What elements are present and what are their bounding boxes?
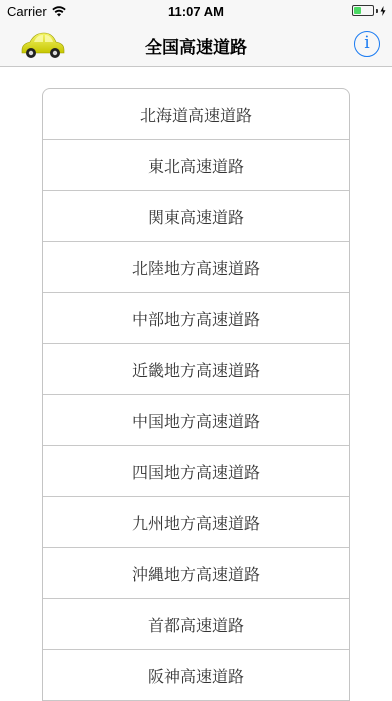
list-item-chubu[interactable]: 中部地方高速道路 [43,293,349,344]
list-item-label: 関東高速道路 [148,205,244,228]
status-time: 11:07 AM [0,4,392,19]
page-title: 全国高速道路 [0,33,392,58]
list-item-shikoku[interactable]: 四国地方高速道路 [43,446,349,497]
battery-icon [352,5,374,16]
list-item-tohoku[interactable]: 東北高速道路 [43,140,349,191]
list-item-label: 中国地方高速道路 [132,409,260,432]
charging-bolt-icon [380,6,386,16]
list-item-label: 首都高速道路 [148,613,244,636]
battery-tip [376,9,378,13]
highway-list: 北海道高速道路 東北高速道路 関東高速道路 北陸地方高速道路 中部地方高速道路 … [42,88,350,696]
list-item-hokkaido[interactable]: 北海道高速道路 [43,89,349,140]
info-icon: i [364,33,369,53]
navigation-bar: 全国高速道路 i [0,22,392,67]
list-item-label: 中部地方高速道路 [132,307,260,330]
list-item-label: 北海道高速道路 [140,103,252,126]
battery-level [354,7,361,14]
list-item-label: 東北高速道路 [148,154,244,177]
list-item-label: 北陸地方高速道路 [132,256,260,279]
list-item-okinawa[interactable]: 沖縄地方高速道路 [43,548,349,599]
list-item-label: 近畿地方高速道路 [132,358,260,381]
list-item-label: 四国地方高速道路 [132,460,260,483]
list-item-hanshin[interactable]: 阪神高速道路 [43,650,349,696]
status-right [352,5,386,16]
list-item-hokuriku[interactable]: 北陸地方高速道路 [43,242,349,293]
status-bar: Carrier 11:07 AM [0,0,392,22]
list-item-shutoko[interactable]: 首都高速道路 [43,599,349,650]
info-button[interactable]: i [354,31,380,57]
list-item-kyushu[interactable]: 九州地方高速道路 [43,497,349,548]
list-item-label: 沖縄地方高速道路 [132,562,260,585]
list-item-label: 阪神高速道路 [148,664,244,687]
list-item-kanto[interactable]: 関東高速道路 [43,191,349,242]
list-item-chugoku[interactable]: 中国地方高速道路 [43,395,349,446]
list-item-label: 九州地方高速道路 [132,511,260,534]
list-item-kinki[interactable]: 近畿地方高速道路 [43,344,349,395]
